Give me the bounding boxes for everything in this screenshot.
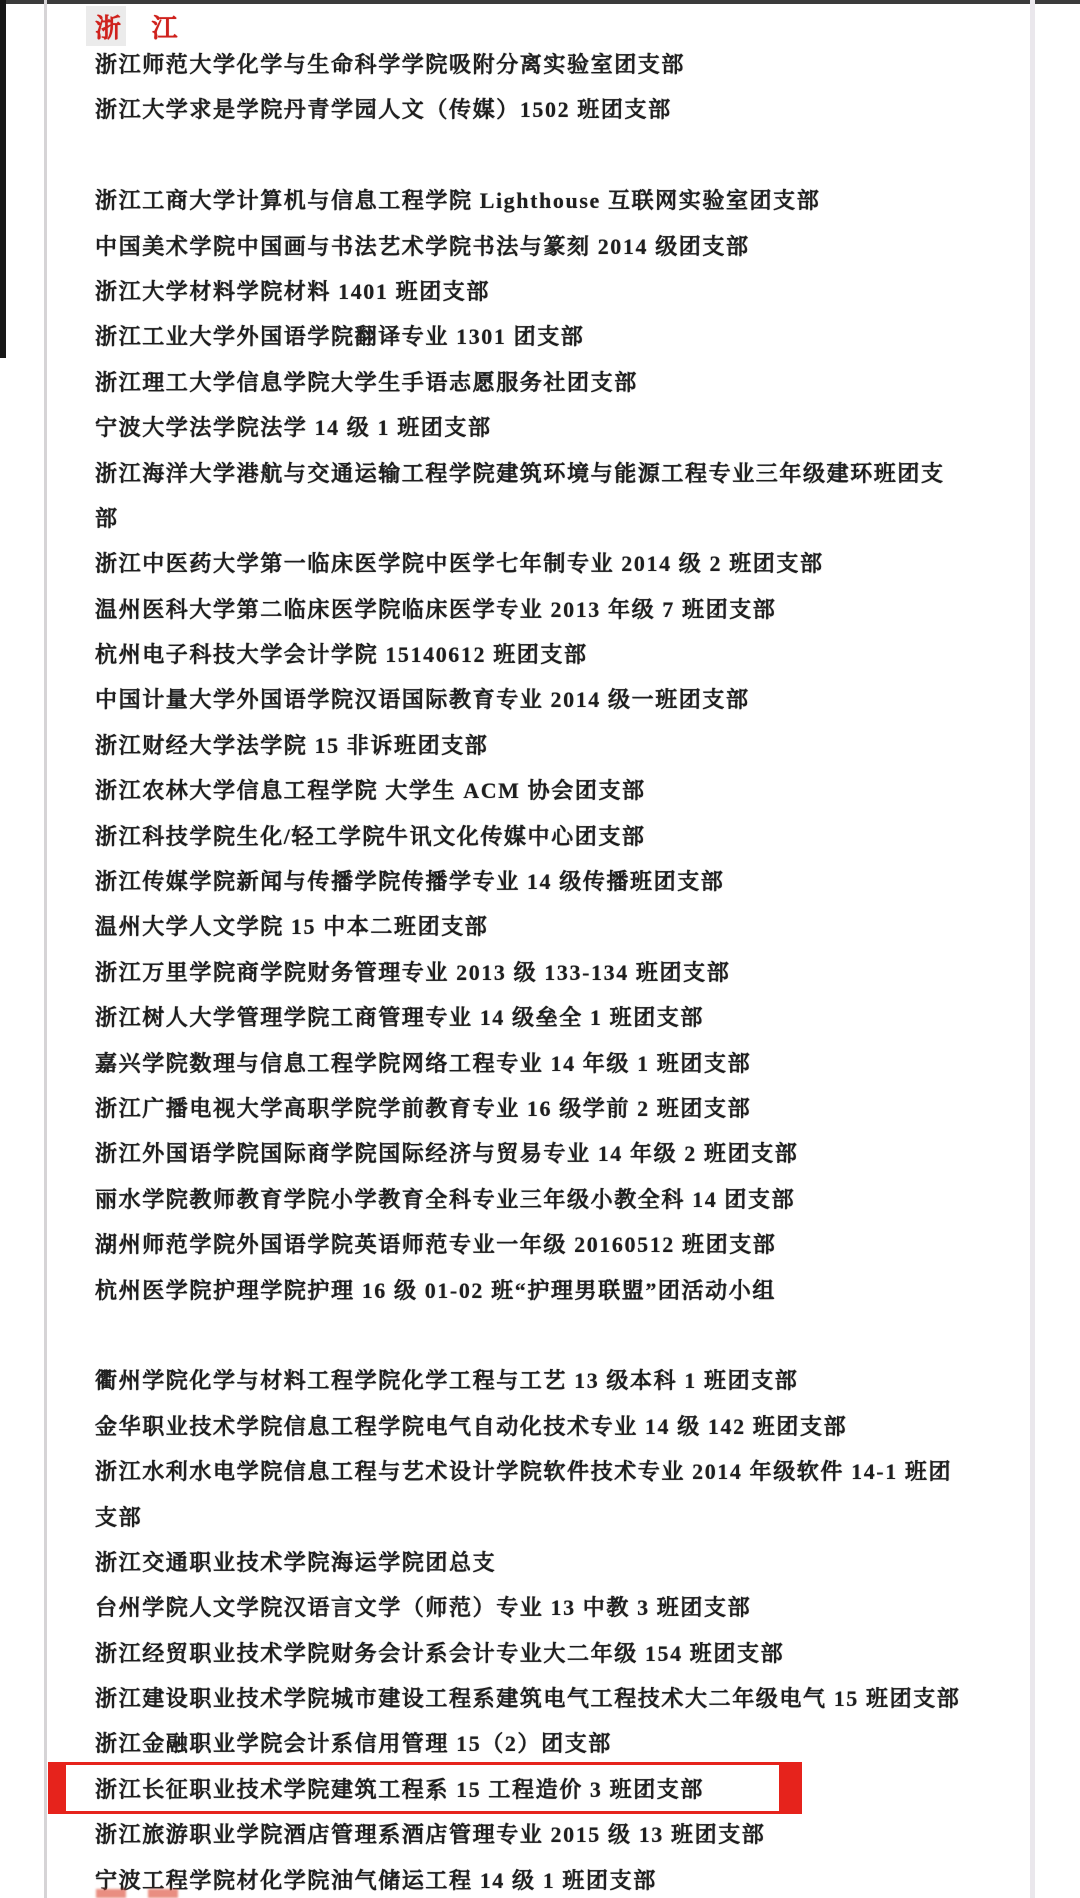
list-item: 中国计量大学外国语学院汉语国际教育专业 2014 级一班团支部 — [95, 677, 1015, 722]
list-item-text: 浙江财经大学法学院 15 非诉班团支部 — [95, 733, 488, 758]
list-item: 杭州电子科技大学会计学院 15140612 班团支部 — [95, 632, 1015, 677]
list-item-text: 杭州医学院护理学院护理 16 级 01-02 班“护理男联盟”团活动小组 — [95, 1278, 776, 1303]
list-item: 浙江师范大学化学与生命科学学院吸附分离实验室团支部 — [95, 42, 1015, 87]
list-item: 浙江旅游职业学院酒店管理系酒店管理专业 2015 级 13 班团支部 — [95, 1812, 1015, 1857]
province-header: 浙 江 — [95, 8, 190, 45]
list-item: 浙江海洋大学港航与交通运输工程学院建筑环境与能源工程专业三年级建环班团支 — [95, 451, 1015, 496]
list-item: 浙江交通职业技术学院海运学院团总支 — [95, 1540, 1015, 1585]
list-item: 部 — [95, 496, 1015, 541]
list-item: 金华职业技术学院信息工程学院电气自动化技术专业 14 级 142 班团支部 — [95, 1404, 1015, 1449]
list-item: 湖州师范学院外国语学院英语师范专业一年级 20160512 班团支部 — [95, 1222, 1015, 1267]
list-item: 浙江传媒学院新闻与传播学院传播学专业 14 级传播班团支部 — [95, 859, 1015, 904]
list-item: 浙江水利水电学院信息工程与艺术设计学院软件技术专业 2014 年级软件 14-1… — [95, 1449, 1015, 1494]
list-item-text: 浙江建设职业技术学院城市建设工程系建筑电气工程技术大二年级电气 15 班团支部 — [95, 1686, 960, 1711]
list-item: 浙江科技学院生化/轻工学院牛讯文化传媒中心团支部 — [95, 814, 1015, 859]
list-item: 浙江建设职业技术学院城市建设工程系建筑电气工程技术大二年级电气 15 班团支部 — [95, 1676, 1015, 1721]
list-item-text: 支部 — [95, 1505, 142, 1530]
list-item: 浙江大学材料学院材料 1401 班团支部 — [95, 269, 1015, 314]
page-margin-line-right — [1030, 0, 1035, 1898]
page-margin-line-left — [44, 0, 47, 1898]
list-item: 衢州学院化学与材料工程学院化学工程与工艺 13 级本科 1 班团支部 — [95, 1358, 1015, 1403]
list-item-text: 部 — [95, 506, 119, 531]
list-item-text: 温州大学人文学院 15 中本二班团支部 — [95, 914, 488, 939]
list-item-text: 浙江海洋大学港航与交通运输工程学院建筑环境与能源工程专业三年级建环班团支 — [95, 461, 945, 486]
list-item: 支部 — [95, 1495, 1015, 1540]
list-item-text: 浙江水利水电学院信息工程与艺术设计学院软件技术专业 2014 年级软件 14-1… — [95, 1459, 952, 1484]
branch-list: 浙江师范大学化学与生命科学学院吸附分离实验室团支部 浙江大学求是学院丹青学园人文… — [95, 42, 1015, 1898]
partial-red-glyph — [96, 1889, 126, 1898]
list-item-text: 浙江工业大学外国语学院翻译专业 1301 团支部 — [95, 324, 584, 349]
list-item: 嘉兴学院数理与信息工程学院网络工程专业 14 年级 1 班团支部 — [95, 1041, 1015, 1086]
list-item-text: 浙江传媒学院新闻与传播学院传播学专业 14 级传播班团支部 — [95, 869, 724, 894]
list-item-text: 浙江万里学院商学院财务管理专业 2013 级 133-134 班团支部 — [95, 960, 730, 985]
list-item-text: 台州学院人文学院汉语言文学（师范）专业 13 中教 3 班团支部 — [95, 1595, 751, 1620]
list-item: 浙江工业大学外国语学院翻译专业 1301 团支部 — [95, 314, 1015, 359]
partial-red-glyph — [148, 1889, 178, 1898]
list-item-text: 浙江师范大学化学与生命科学学院吸附分离实验室团支部 — [95, 52, 685, 77]
list-item-text: 浙江经贸职业技术学院财务会计系会计专业大二年级 154 班团支部 — [95, 1641, 784, 1666]
list-item: 浙江理工大学信息学院大学生手语志愿服务社团支部 — [95, 360, 1015, 405]
list-item-text: 浙江大学求是学院丹青学园人文（传媒）1502 班团支部 — [95, 97, 672, 122]
list-item-text: 丽水学院教师教育学院小学教育全科专业三年级小教全科 14 团支部 — [95, 1187, 795, 1212]
list-item: 浙江广播电视大学高职学院学前教育专业 16 级学前 2 班团支部 — [95, 1086, 1015, 1131]
list-item: 温州大学人文学院 15 中本二班团支部 — [95, 904, 1015, 949]
list-item-text: 衢州学院化学与材料工程学院化学工程与工艺 13 级本科 1 班团支部 — [95, 1368, 798, 1393]
list-item: 浙江金融职业学院会计系信用管理 15（2）团支部 — [95, 1721, 1015, 1766]
window-top-edge — [0, 0, 1080, 4]
list-item-text: 中国计量大学外国语学院汉语国际教育专业 2014 级一班团支部 — [95, 687, 750, 712]
list-item: 宁波大学法学院法学 14 级 1 班团支部 — [95, 405, 1015, 450]
list-item-text: 浙江理工大学信息学院大学生手语志愿服务社团支部 — [95, 370, 638, 395]
list-item: 浙江中医药大学第一临床医学院中医学七年制专业 2014 级 2 班团支部 — [95, 541, 1015, 586]
list-item: 杭州医学院护理学院护理 16 级 01-02 班“护理男联盟”团活动小组 — [95, 1268, 1015, 1313]
list-item-text: 浙江工商大学计算机与信息工程学院 Lighthouse 互联网实验室团支部 — [95, 188, 820, 213]
list-item-text: 浙江金融职业学院会计系信用管理 15（2）团支部 — [95, 1731, 612, 1756]
list-item: 浙江财经大学法学院 15 非诉班团支部 — [95, 723, 1015, 768]
list-item: 浙江大学求是学院丹青学园人文（传媒）1502 班团支部 — [95, 87, 1015, 132]
list-item-text: 浙江中医药大学第一临床医学院中医学七年制专业 2014 级 2 班团支部 — [95, 551, 824, 576]
list-item-text: 宁波大学法学院法学 14 级 1 班团支部 — [95, 415, 492, 440]
list-item: 浙江长征职业技术学院建筑工程系 15 工程造价 3 班团支部 — [95, 1767, 1015, 1812]
list-item: 中国美术学院中国画与书法艺术学院书法与篆刻 2014 级团支部 — [95, 224, 1015, 269]
list-item-text: 浙江树人大学管理学院工商管理专业 14 级垒全 1 班团支部 — [95, 1005, 704, 1030]
list-item-text: 浙江长征职业技术学院建筑工程系 15 工程造价 3 班团支部 — [95, 1777, 704, 1802]
list-item-text: 中国美术学院中国画与书法艺术学院书法与篆刻 2014 级团支部 — [95, 234, 750, 259]
list-item: 浙江万里学院商学院财务管理专业 2013 级 133-134 班团支部 — [95, 950, 1015, 995]
list-item-text: 浙江外国语学院国际商学院国际经济与贸易专业 14 年级 2 班团支部 — [95, 1141, 798, 1166]
list-item-text: 湖州师范学院外国语学院英语师范专业一年级 20160512 班团支部 — [95, 1232, 776, 1257]
list-item: 浙江工商大学计算机与信息工程学院 Lighthouse 互联网实验室团支部 — [95, 178, 1015, 223]
list-item-text: 宁波工程学院材化学院油气储运工程 14 级 1 班团支部 — [95, 1868, 657, 1893]
list-item — [95, 133, 1015, 178]
list-item: 台州学院人文学院汉语言文学（师范）专业 13 中教 3 班团支部 — [95, 1585, 1015, 1630]
list-item: 浙江外国语学院国际商学院国际经济与贸易专业 14 年级 2 班团支部 — [95, 1131, 1015, 1176]
list-item-text: 浙江交通职业技术学院海运学院团总支 — [95, 1550, 496, 1575]
list-item: 浙江农林大学信息工程学院 大学生 ACM 协会团支部 — [95, 768, 1015, 813]
list-item-text: 浙江大学材料学院材料 1401 班团支部 — [95, 279, 490, 304]
list-item-text: 金华职业技术学院信息工程学院电气自动化技术专业 14 级 142 班团支部 — [95, 1414, 847, 1439]
list-item-text: 浙江旅游职业学院酒店管理系酒店管理专业 2015 级 13 班团支部 — [95, 1822, 765, 1847]
next-province-header-partial — [96, 1889, 178, 1898]
list-item-text: 杭州电子科技大学会计学院 15140612 班团支部 — [95, 642, 588, 667]
left-edge-shadow — [0, 0, 6, 358]
list-item: 宁波工程学院材化学院油气储运工程 14 级 1 班团支部 — [95, 1858, 1015, 1898]
list-item-text: 浙江科技学院生化/轻工学院牛讯文化传媒中心团支部 — [95, 824, 646, 849]
list-item-text: 温州医科大学第二临床医学院临床医学专业 2013 年级 7 班团支部 — [95, 597, 776, 622]
list-item — [95, 1313, 1015, 1358]
list-item: 浙江经贸职业技术学院财务会计系会计专业大二年级 154 班团支部 — [95, 1631, 1015, 1676]
list-item-text: 浙江农林大学信息工程学院 大学生 ACM 协会团支部 — [95, 778, 646, 803]
list-item-text: 浙江广播电视大学高职学院学前教育专业 16 级学前 2 班团支部 — [95, 1096, 751, 1121]
list-item: 浙江树人大学管理学院工商管理专业 14 级垒全 1 班团支部 — [95, 995, 1015, 1040]
list-item: 温州医科大学第二临床医学院临床医学专业 2013 年级 7 班团支部 — [95, 587, 1015, 632]
list-item-text: 嘉兴学院数理与信息工程学院网络工程专业 14 年级 1 班团支部 — [95, 1051, 751, 1076]
list-item: 丽水学院教师教育学院小学教育全科专业三年级小教全科 14 团支部 — [95, 1177, 1015, 1222]
